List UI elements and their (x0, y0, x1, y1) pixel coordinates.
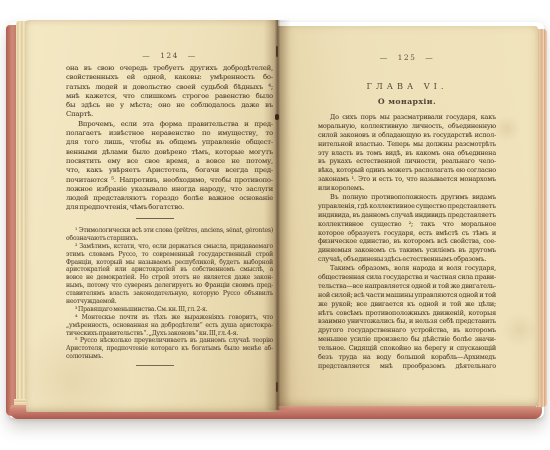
text-line: она въ свою очередь требуетъ другихъ доб… (66, 64, 273, 73)
text-line: Аристотеля, предпочтеніе котораго къ бог… (66, 345, 273, 353)
text-line: же рукой; все двигается къ одной и той ж… (318, 300, 496, 309)
text-line: Спартѣ. (66, 110, 273, 119)
text-line: нымъ, потому что суверенъ делегируетъ во… (66, 282, 273, 290)
binding-stitch (276, 46, 278, 57)
text-line: нительной властью. Теперь мы должны разс… (318, 140, 496, 149)
left-page-number: — 124 — (66, 51, 273, 60)
text-line: посвятить ему все свое время, а вовсе не… (66, 157, 273, 166)
text-line: аристократіей или аристократіей въ собст… (66, 266, 273, 274)
text-line: Въ полную противоположность другимъ вида… (318, 193, 496, 202)
text-line: свойственныхъ ей одной, каковы: умѣренно… (66, 73, 273, 82)
text-line: эту власть въ томъ видѣ, въ какомъ она о… (318, 149, 496, 158)
text-line: „умѣренность, основанная на добродѣтели“… (66, 322, 273, 330)
chapter-heading: ГЛАВА VI. (318, 81, 496, 91)
text-line: для того лишь, чтобы въ общемъ управлені… (66, 138, 273, 147)
text-line: безъ труда на воду большой корабль—Архим… (318, 353, 496, 362)
text-line: общественная сила государства и частная … (318, 273, 496, 282)
text-line: другого государственнаго устройства, въ … (318, 326, 496, 335)
text-line: коллективное существо ²; такъ что мораль… (318, 220, 496, 229)
left-page-body: она въ свою очередь требуетъ другихъ доб… (66, 64, 273, 213)
text-line: ³ Правящаго меньшинства. См. кн. III, гл… (66, 306, 273, 314)
text-line: полагаетъ извѣстное неравенство по имуще… (66, 129, 273, 138)
text-line: диняемыя закономъ съ такимъ усиліемъ въ … (318, 246, 496, 255)
text-line: солютнымъ. (66, 353, 273, 361)
binding-stitch (276, 382, 278, 392)
text-line: Впрочемъ, если эта форма правительства и… (66, 120, 273, 129)
book-photo: — 124 — она въ свою очередь требуетъ дру… (0, 0, 550, 450)
text-line: силой законовъ и обладающую въ государст… (318, 131, 496, 140)
text-line: неотчуждаемой. (66, 298, 273, 306)
text-line: или королемъ. (318, 184, 496, 193)
text-line: вовсе не демократіей. Но строй этотъ не … (66, 274, 273, 282)
text-line: Такимъ образомъ, воля народа и воля госу… (318, 264, 496, 273)
right-page-body: До сихъ поръ мы разсматривали государя, … (318, 113, 496, 371)
text-line: венными дѣлами было довѣрено тѣмъ, котор… (66, 148, 273, 157)
text-line: ставителямъ власть законодательную, кото… (66, 290, 273, 298)
text-line: тическихъ правительствъ“. „Духъ законовъ… (66, 330, 273, 338)
text-line: управленія, гдѣ коллективное существо пр… (318, 202, 496, 211)
text-line: въ рукахъ естественной личности, реальна… (318, 157, 496, 166)
text-line: ложное избраніе указывало иногда народу,… (66, 185, 273, 194)
text-line: тельное. Сидящій спокойно на берегу и сп… (318, 344, 496, 353)
chapter-title: О монархіи. (318, 97, 496, 106)
footnote-separator-rule (136, 218, 174, 219)
text-line: для предпочтенія, чѣмъ богатство. (66, 203, 273, 212)
text-line: ¹ Этимологически всѣ эти слова (prêtres,… (66, 227, 273, 235)
text-line: нѣтъ совсѣмъ противоположныхъ движеній, … (318, 309, 496, 318)
text-line: тельства—все направляется одной и той же… (318, 282, 496, 291)
right-page: — 125 — ГЛАВА VI. О монархіи. До сихъ по… (278, 26, 538, 406)
text-line: меньшее усиліе произвело бы дѣйствіе бол… (318, 335, 496, 344)
text-line: гатыхъ людей и довольство своей судьбой … (66, 83, 273, 92)
text-line: бы здѣсь не у мѣста; оно не соблюдалось … (66, 101, 273, 110)
text-line: физическое единство, въ которомъ всѣ сво… (318, 237, 496, 246)
text-line: ² Замѣтимъ, кстати, что, если держаться … (66, 243, 273, 251)
text-line: что, какъ увѣряетъ Аристотель, богачи вс… (66, 166, 273, 175)
text-line: ⁴ Монтескье почти въ тѣхъ же выраженіяхъ… (66, 314, 273, 322)
text-line: ной силой; всѣ части машины управляются … (318, 291, 496, 300)
text-line: мнѣ кажется, что слишкомъ строгое равенс… (66, 92, 273, 101)
text-line: представляется мнѣ прообразомъ дѣятельна… (318, 362, 496, 371)
binding-stitch (275, 114, 279, 120)
text-line: ⁵ Руссо нѣсколько преувеличиваетъ въ дан… (66, 337, 273, 345)
text-line: почитаются ⁵. Напротивъ, необходимо, что… (66, 176, 273, 185)
chapter-end-rule (136, 365, 174, 366)
text-line: индивида, въ данномъ случаѣ индивидъ пре… (318, 211, 496, 220)
text-line: взаимно уничтожались бы, и нельзя себѣ п… (318, 317, 496, 326)
text-line: людей представляютъ гораздо болѣе важное… (66, 194, 273, 203)
text-line: законамъ ¹. Это и есть то, что называетс… (318, 175, 496, 184)
text-line: Франціи, который мы называемъ республико… (66, 259, 273, 267)
text-line: которое образуетъ государя, есть вмѣстѣ … (318, 229, 496, 238)
text-line: моральную, коллективную личность, объеди… (318, 122, 496, 131)
left-page-content: — 124 — она въ свою очередь требуетъ дру… (66, 20, 273, 412)
text-line: обозначаютъ старшихъ. (66, 235, 273, 243)
text-line: случаѣ, объединены здѣсь естественнымъ о… (318, 255, 496, 264)
left-page-footnotes: ¹ Этимологически всѣ эти слова (prêtres,… (66, 227, 273, 361)
text-line: этимъ словамъ Руссо, то современный госу… (66, 251, 273, 259)
right-page-content: — 125 — ГЛАВА VI. О монархіи. До сихъ по… (318, 26, 496, 406)
right-page-number: — 125 — (318, 53, 496, 62)
text-line: До сихъ поръ мы разсматривали государя, … (318, 113, 496, 122)
left-page: — 124 — она въ свою очередь требуетъ дру… (26, 20, 278, 412)
text-line: вѣка, который одинъ можетъ располагать е… (318, 166, 496, 175)
